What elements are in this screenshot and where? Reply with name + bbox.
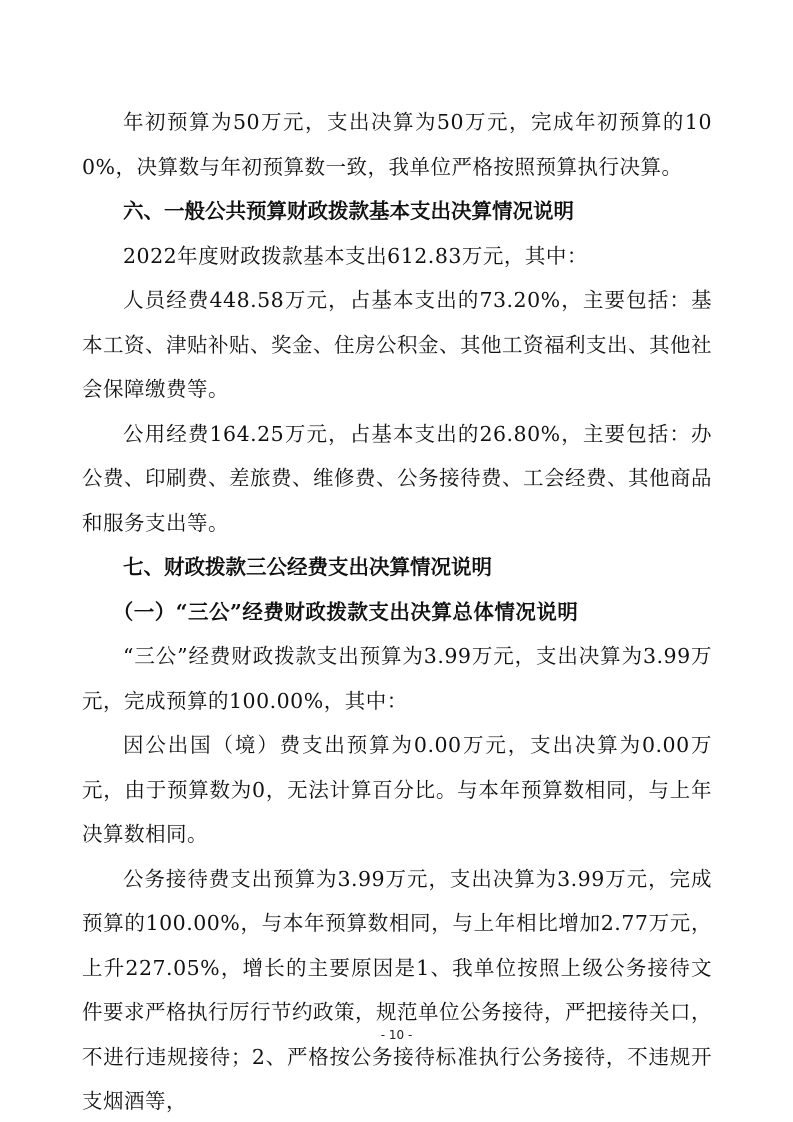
paragraph-personnel-expenses: 人员经费448.58万元，占基本支出的73.20%，主要包括：基本工资、津贴补贴…	[82, 278, 712, 412]
paragraph-official-reception: 公务接待费支出预算为3.99万元，支出决算为3.99万元，完成预算的100.00…	[82, 857, 712, 1122]
paragraph-public-expenses: 公用经费164.25万元，占基本支出的26.80%，主要包括：办公费、印刷费、差…	[82, 412, 712, 546]
paragraph-three-public-total: “三公”经费财政拨款支出预算为3.99万元，支出决算为3.99万元，完成预算的1…	[82, 634, 712, 723]
paragraph-overseas-travel: 因公出国（境）费支出预算为0.00万元，支出决算为0.00万元，由于预算数为0，…	[82, 723, 712, 857]
document-page: 年初预算为50万元，支出决算为50万元，完成年初预算的100%，决算数与年初预算…	[82, 100, 712, 1122]
paragraph-basic-expenditure-total: 2022年度财政拨款基本支出612.83万元，其中：	[82, 234, 712, 279]
section-heading-three-public: 七、财政拨款三公经费支出决算情况说明	[82, 545, 712, 590]
subsection-heading-three-public-overview: （一）“三公”经费财政拨款支出决算总体情况说明	[82, 590, 712, 635]
paragraph-budget-completion: 年初预算为50万元，支出决算为50万元，完成年初预算的100%，决算数与年初预算…	[82, 100, 712, 189]
section-heading-basic-expenditure: 六、一般公共预算财政拨款基本支出决算情况说明	[82, 189, 712, 234]
page-number: - 10 -	[0, 1028, 793, 1042]
